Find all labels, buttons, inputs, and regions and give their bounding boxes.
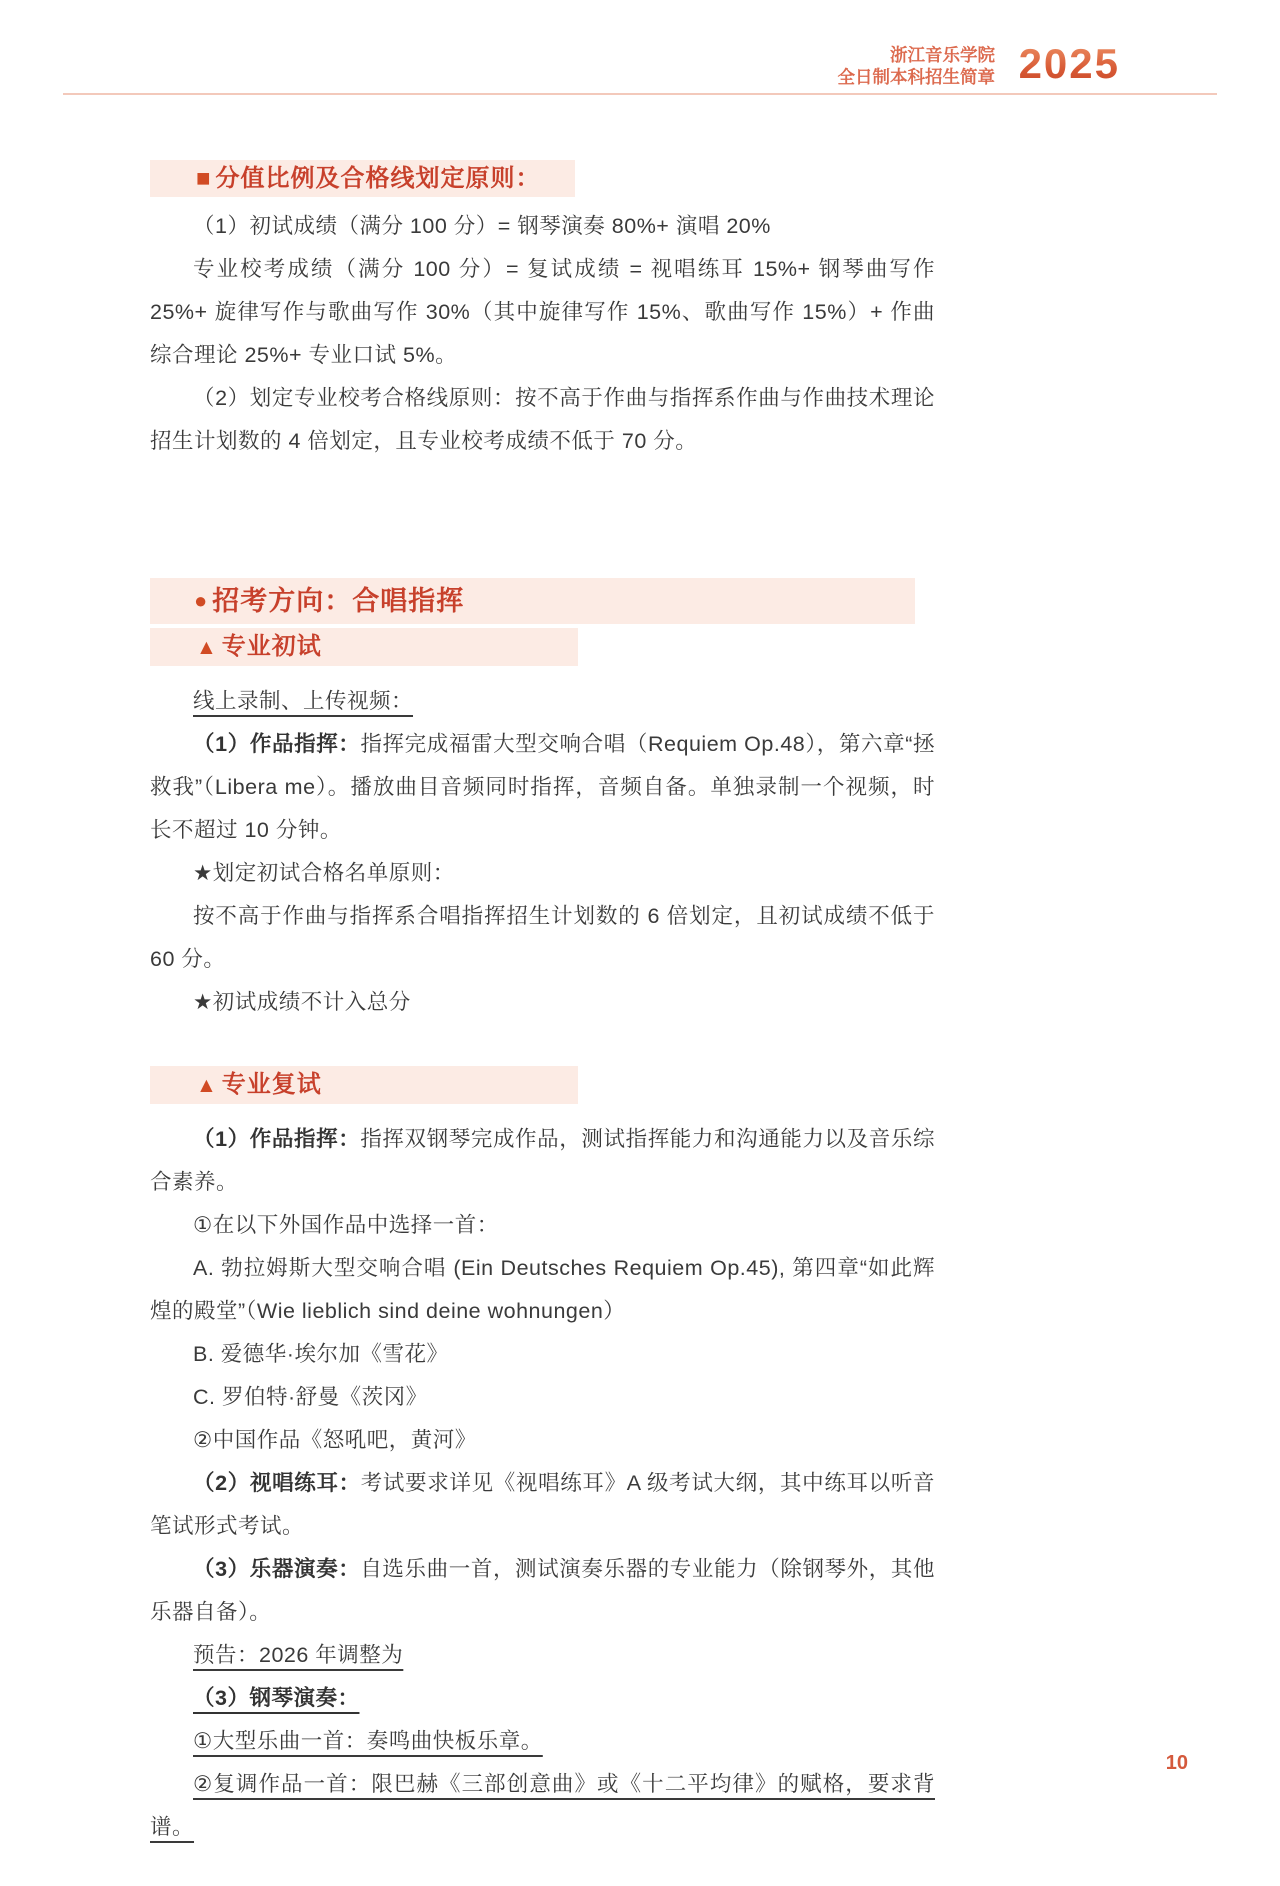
item-lead: （1）作品指挥： xyxy=(193,1127,360,1151)
header-year: 2025 xyxy=(1019,40,1120,88)
header-divider xyxy=(63,93,1217,95)
document-page: 浙江音乐学院 全日制本科招生简章 2025 ■分值比例及合格线划定原则： （1）… xyxy=(0,0,1280,1886)
notice-item-2: ②复调作品一首：限巴赫《三部创意曲》或《十二平均律》的赋格，要求背谱。 xyxy=(150,1763,935,1849)
chinese-work-option: ②中国作品《怒吼吧，黄河》 xyxy=(150,1419,935,1462)
notice-lead-text: （3）钢琴演奏： xyxy=(193,1686,359,1710)
notice-piano-lead: （3）钢琴演奏： xyxy=(150,1677,935,1720)
second-round-title-text: 专业复试 xyxy=(222,1071,322,1098)
circle-bullet-icon: ● xyxy=(194,588,208,613)
score-para-2: 专业校考成绩（满分 100 分）= 复试成绩 = 视唱练耳 15%+ 钢琴曲写作… xyxy=(150,248,935,377)
notice-title-text: 预告：2026 年调整为 xyxy=(193,1643,403,1667)
foreign-works-intro: ①在以下外国作品中选择一首： xyxy=(150,1204,935,1247)
first-round-star-note: ★初试成绩不计入总分 xyxy=(150,981,935,1024)
section-title-text: 分值比例及合格线划定原则： xyxy=(216,165,541,192)
online-note-text: 线上录制、上传视频： xyxy=(193,689,413,713)
item-lead: （2）视唱练耳： xyxy=(193,1471,361,1495)
second-round-item-2: （2）视唱练耳：考试要求详见《视唱练耳》A 级考试大纲，其中练耳以听音笔试形式考… xyxy=(150,1462,935,1548)
first-round-title-text: 专业初试 xyxy=(222,633,322,660)
foreign-work-option-c: C. 罗伯特·舒曼《茨冈》 xyxy=(150,1376,935,1419)
second-round-item-3: （3）乐器演奏：自选乐曲一首，测试演奏乐器的专业能力（除钢琴外，其他乐器自备）。 xyxy=(150,1548,935,1634)
second-round-item-1: （1）作品指挥：指挥双钢琴完成作品，测试指挥能力和沟通能力以及音乐综合素养。 xyxy=(150,1118,935,1204)
direction-title-text: 招考方向：合唱指挥 xyxy=(212,586,464,616)
first-round-item-1: （1）作品指挥：指挥完成福雷大型交响合唱（Requiem Op.48），第六章“… xyxy=(150,723,935,852)
first-round-star-rule-text: 按不高于作曲与指挥系合唱指挥招生计划数的 6 倍划定，且初试成绩不低于 60 分… xyxy=(150,895,935,981)
document-body: ■分值比例及合格线划定原则： （1）初试成绩（满分 100 分）= 钢琴演奏 8… xyxy=(150,160,935,1849)
triangle-bullet-icon: ▲ xyxy=(196,1074,218,1097)
foreign-work-option-a: A. 勃拉姆斯大型交响合唱 (Ein Deutsches Requiem Op.… xyxy=(150,1247,935,1333)
first-round-star-rule-title: ★划定初试合格名单原则： xyxy=(150,852,935,895)
score-para-3: （2）划定专业校考合格线原则：按不高于作曲与指挥系作曲与作曲技术理论招生计划数的… xyxy=(150,377,935,463)
header-organization: 浙江音乐学院 全日制本科招生简章 xyxy=(838,44,996,88)
first-round-online-note: 线上录制、上传视频： xyxy=(150,680,935,723)
notice-item-1: ①大型乐曲一首：奏鸣曲快板乐章。 xyxy=(150,1720,935,1763)
notice-item-text: ②复调作品一首：限巴赫《三部创意曲》或《十二平均律》的赋格，要求背谱。 xyxy=(150,1772,935,1839)
section-title-score-rules: ■分值比例及合格线划定原则： xyxy=(150,160,575,197)
section-title-direction: ●招考方向：合唱指挥 xyxy=(150,578,915,624)
square-bullet-icon: ■ xyxy=(196,165,212,192)
item-lead: （1）作品指挥： xyxy=(193,732,360,756)
header-doc-title: 全日制本科招生简章 xyxy=(838,66,996,88)
subsection-title-first-round: ▲专业初试 xyxy=(150,628,578,666)
subsection-title-second-round: ▲专业复试 xyxy=(150,1066,578,1104)
score-para-1: （1）初试成绩（满分 100 分）= 钢琴演奏 80%+ 演唱 20% xyxy=(150,205,935,248)
notice-item-text: ①大型乐曲一首：奏鸣曲快板乐章。 xyxy=(193,1729,543,1753)
header-org-name: 浙江音乐学院 xyxy=(838,44,996,66)
triangle-bullet-icon: ▲ xyxy=(196,636,218,659)
item-lead: （3）乐器演奏： xyxy=(193,1557,360,1581)
notice-2026-title: 预告：2026 年调整为 xyxy=(150,1634,935,1677)
page-number: 10 xyxy=(1166,1752,1188,1775)
foreign-work-option-b: B. 爱德华·埃尔加《雪花》 xyxy=(150,1333,935,1376)
